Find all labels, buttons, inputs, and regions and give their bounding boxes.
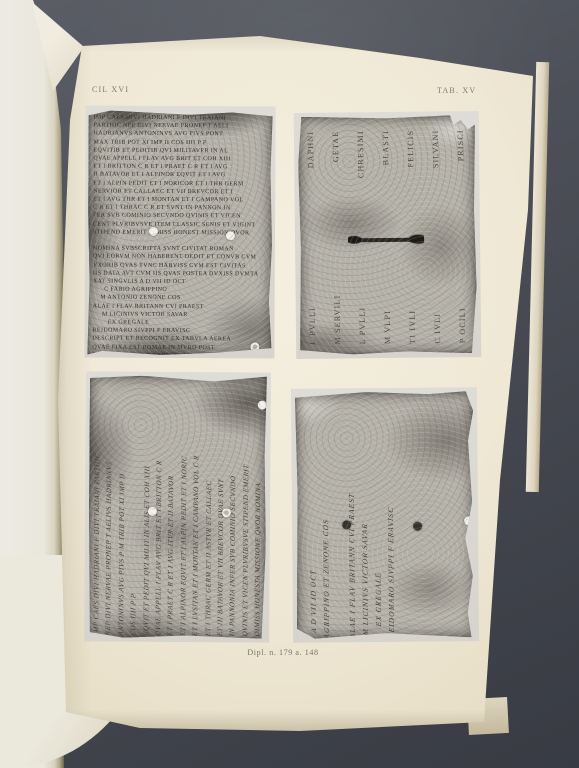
cursive-line: DIMISS HONESTA MISSIONE QVOR NOMINA	[251, 376, 265, 637]
seal-hole	[250, 342, 259, 351]
witness-gens: TI IVLI	[408, 310, 417, 344]
tablet-intus-second: A D VII ID OCTAGRIPPINO ET ZENONE COS AL…	[295, 391, 475, 639]
witness-gens: L PVLLI	[358, 307, 367, 345]
witness-cognomen: FELICIS	[406, 130, 415, 168]
tablet-witnesses: L PVLLI DAPHNI M SERVILI GETAE L PVLLI C…	[298, 115, 477, 355]
seal-hole	[222, 508, 231, 517]
witness-row: M SERVILI GETAE	[323, 116, 350, 354]
seal-hole	[342, 520, 351, 529]
seal-hole	[149, 227, 158, 236]
cursive-text: A D VII ID OCTAGRIPPINO ET ZENONE COS AL…	[295, 391, 475, 639]
witness-row: P OCILI PRISCI	[448, 115, 475, 353]
inscription-line: STIPEND EMERIT DIMISS HONEST MISSION QVO…	[93, 228, 269, 237]
running-head-volume: CIL XVI	[92, 85, 129, 94]
witness-row: C IVLI SILVANI	[423, 115, 450, 353]
seal-hole	[413, 522, 422, 531]
witness-gens: M VLPI	[383, 310, 392, 344]
tablet-intus-first: IMP CAES DIVI HADRIANI F DIVI TRAIANI PA…	[88, 375, 267, 638]
plate-caption: Dipl. n. 179 a. 148	[123, 648, 443, 657]
seal-hole	[464, 516, 473, 525]
inscription-text: IMP CAES DIVI HADRIANI F DIVI TRAIANIPAR…	[92, 114, 269, 356]
cursive-text: IMP CAES DIVI HADRIANI F DIVI TRAIANI PA…	[88, 375, 267, 636]
seal-hole	[226, 231, 235, 240]
inscription-line: TEMPL DIVI AVG AD MINERVAM	[92, 351, 268, 355]
witness-gens: L PVLLI	[308, 307, 317, 345]
witness-cognomen: PRISCI	[456, 129, 465, 161]
plate-photo-extrinsecus: IMP CAES DIVI HADRIANI F DIVI TRAIANIPAR…	[84, 106, 275, 359]
witness-gens: P OCILI	[458, 307, 467, 343]
witness-gens: M SERVILI	[333, 295, 343, 345]
cursive-line: REIDOMARO SIVPPI F ERAVISC	[383, 391, 398, 638]
witness-cognomen: CHRESIMI	[356, 130, 366, 178]
plate-photo-witnesses: L PVLLI DAPHNI M SERVILI GETAE L PVLLI C…	[294, 111, 482, 359]
photograph-of-open-book: CIL XVI TAB. XV IMP CAES DIVI HADRIANI F…	[0, 0, 579, 768]
plate-photo-intus-second: A D VII ID OCTAGRIPPINO ET ZENONE COS AL…	[291, 387, 479, 643]
witness-cognomen: GETAE	[331, 130, 340, 162]
witness-cognomen: DAPHNI	[306, 131, 315, 169]
seal-hole	[148, 507, 157, 516]
witness-cognomen: BLASTI	[381, 130, 390, 165]
running-head-plate-number: TAB. XV	[437, 86, 476, 95]
tablet-extrinsecus: IMP CAES DIVI HADRIANI F DIVI TRAIANIPAR…	[87, 111, 272, 356]
witness-gens: C IVLI	[433, 313, 442, 344]
plate-page: CIL XVI TAB. XV IMP CAES DIVI HADRIANI F…	[50, 30, 545, 736]
witness-cognomen: SILVANI	[431, 129, 440, 168]
binding-wire	[348, 233, 424, 247]
witness-row: L PVLLI DAPHNI	[298, 117, 325, 355]
seal-hole	[258, 401, 267, 410]
plate-photo-intus-first: IMP CAES DIVI HADRIANI F DIVI TRAIANI PA…	[84, 371, 271, 642]
